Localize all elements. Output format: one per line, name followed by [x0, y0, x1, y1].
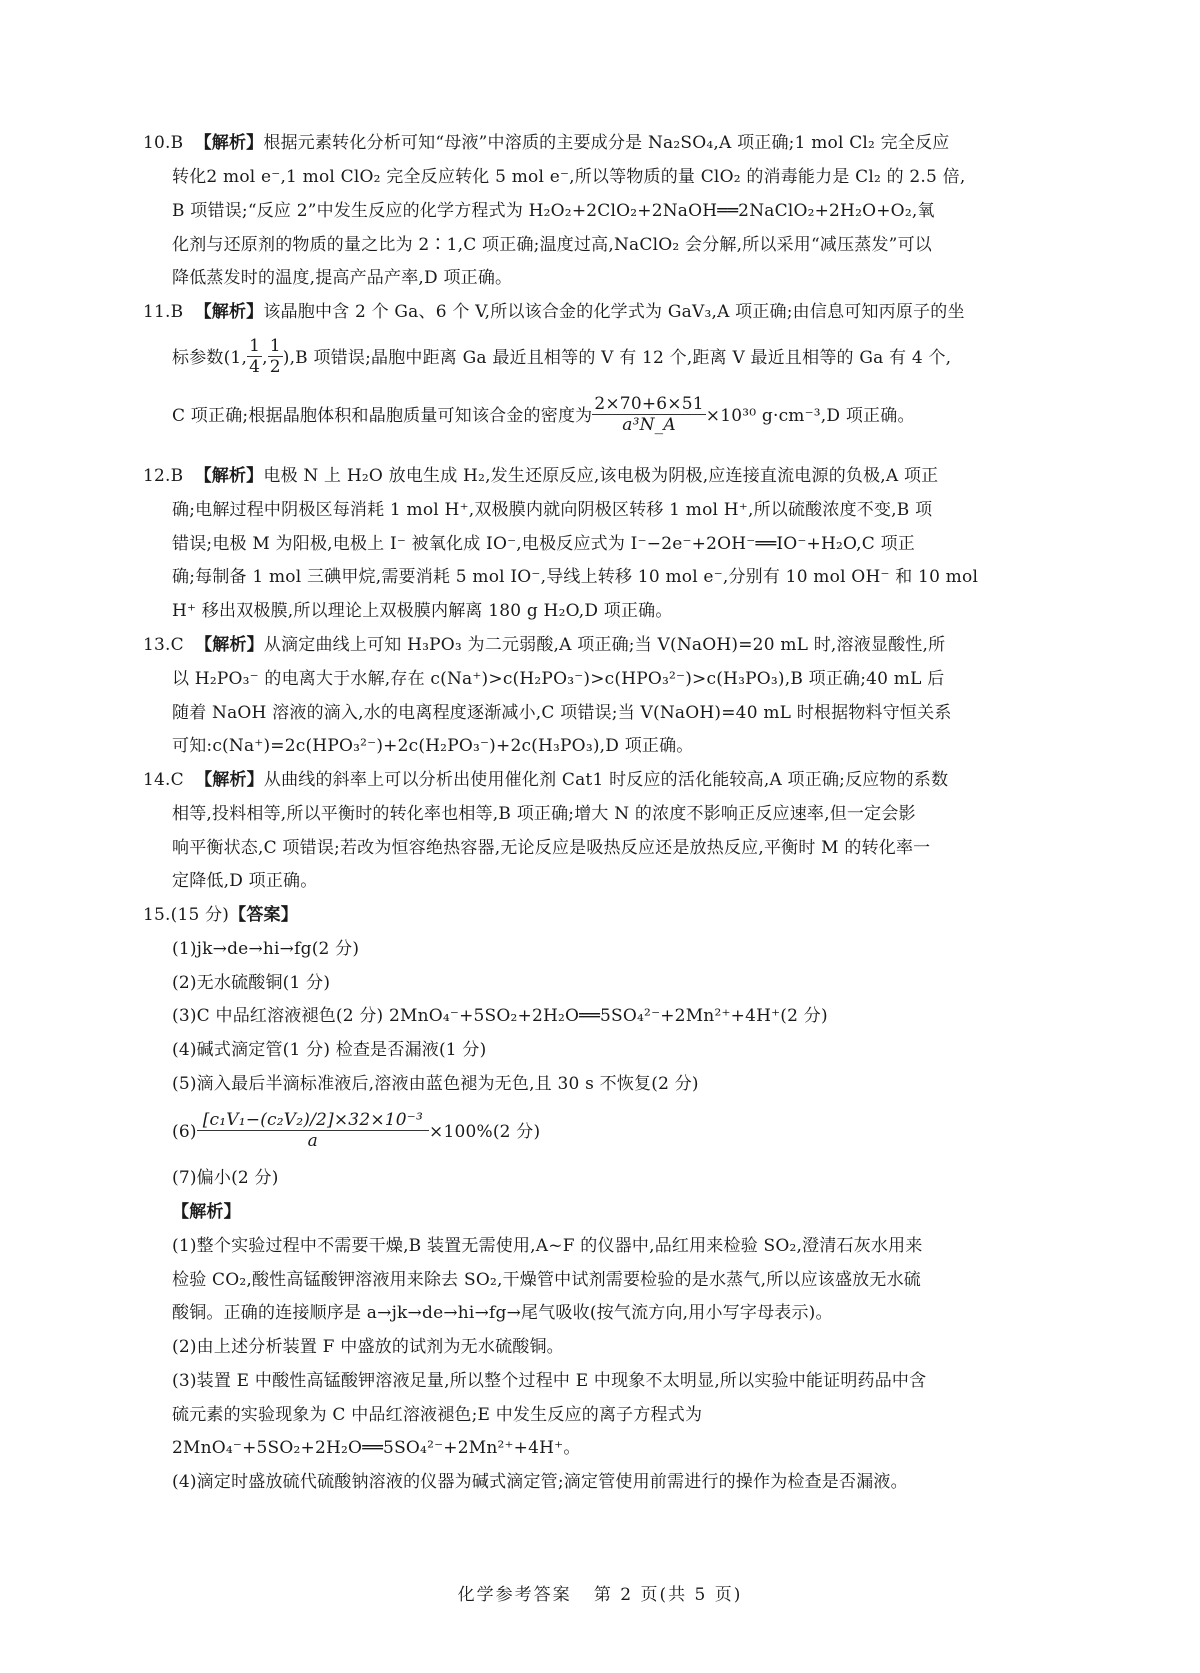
- q10-line-4: 化剂与还原剂的物质的量之比为 2∶1,C 项正确;温度过高,NaClO₂ 会分解…: [172, 233, 932, 257]
- q12-line-4: 确;每制备 1 mol 三碘甲烷,需要消耗 5 mol IO⁻,导线上转移 10…: [172, 565, 978, 589]
- q10-line-1: 10.B 【解析】根据元素转化分析可知“母液”中溶质的主要成分是 Na₂SO₄,…: [143, 131, 949, 155]
- q14-line-1: 14.C 【解析】从曲线的斜率上可以分析出使用催化剂 Cat1 时反应的活化能较…: [143, 768, 948, 792]
- q13-line-2: 以 H₂PO₃⁻ 的电离大于水解,存在 c(Na⁺)>c(H₂PO₃⁻)>c(H…: [172, 667, 944, 691]
- q15-answer-3: (3)C 中品红溶液褪色(2 分) 2MnO₄⁻+5SO₂+2H₂O══5SO₄…: [172, 1004, 828, 1028]
- q14-line-3: 响平衡状态,C 项错误;若改为恒容绝热容器,无论反应是吸热反应还是放热反应,平衡…: [172, 836, 930, 860]
- page-footer: 化学参考答案 第 2 页(共 5 页): [0, 1580, 1200, 1605]
- fraction-one-quarter: 14: [247, 336, 262, 377]
- q10-line-5: 降低蒸发时的温度,提高产品产率,D 项正确。: [172, 266, 512, 290]
- q15-analysis-8: (4)滴定时盛放硫代硫酸钠溶液的仪器为碱式滴定管;滴定管使用前需进行的操作为检查…: [172, 1470, 908, 1494]
- q12-tag: 【解析】: [195, 466, 264, 486]
- q13-line-4: 可知:c(Na⁺)=2c(HPO₃²⁻)+2c(H₂PO₃⁻)+2c(H₃PO₃…: [172, 734, 694, 758]
- fraction-one-half: 12: [268, 336, 283, 377]
- footer-subject: 化学参考答案: [458, 1585, 572, 1605]
- density-fraction: 2×70+6×51a³N_A: [592, 394, 705, 435]
- q15-analysis-1: (1)整个实验过程中不需要干燥,B 装置无需使用,A~F 的仪器中,品红用来检验…: [172, 1234, 923, 1258]
- q10-line-2: 转化2 mol e⁻,1 mol ClO₂ 完全反应转化 5 mol e⁻,所以…: [172, 165, 965, 189]
- q15-answer-7: (7)偏小(2 分): [172, 1166, 279, 1190]
- q15-number: 15.(15 分): [143, 905, 229, 925]
- q15-analysis-3: 酸铜。正确的连接顺序是 a→jk→de→hi→fg→尾气吸收(按气流方向,用小写…: [172, 1301, 833, 1325]
- q12-line-1: 12.B 【解析】电极 N 上 H₂O 放电生成 H₂,发生还原反应,该电极为阴…: [143, 464, 938, 488]
- q12-line-2: 确;电解过程中阴极区每消耗 1 mol H⁺,双极膜内就向阴极区转移 1 mol…: [172, 498, 932, 522]
- q15-analysis-tag: 【解析】: [172, 1200, 241, 1224]
- q15-answer-6: (6)[c₁V₁−(c₂V₂)/2]×32×10⁻³a×100%(2 分): [172, 1112, 540, 1153]
- q12-line-3: 错误;电极 M 为阳极,电极上 I⁻ 被氧化成 IO⁻,电极反应式为 I⁻−2e…: [172, 532, 915, 556]
- q10-line-3: B 项错误;“反应 2”中发生反应的化学方程式为 H₂O₂+2ClO₂+2NaO…: [172, 199, 935, 223]
- q15-header: 15.(15 分)【答案】: [143, 903, 298, 927]
- q15-analysis-5: (3)装置 E 中酸性高锰酸钾溶液足量,所以整个过程中 E 中现象不太明显,所以…: [172, 1369, 926, 1393]
- q15-analysis-2: 检验 CO₂,酸性高锰酸钾溶液用来除去 SO₂,干燥管中试剂需要检验的是水蒸气,…: [172, 1268, 921, 1292]
- q15-analysis-4: (2)由上述分析装置 F 中盛放的试剂为无水硫酸铜。: [172, 1335, 564, 1359]
- q12-line-5: H⁺ 移出双极膜,所以理论上双极膜内解离 180 g H₂O,D 项正确。: [172, 599, 673, 623]
- q11-line-2: 标参数(1,14,12),B 项错误;晶胞中距离 Ga 最近且相等的 V 有 1…: [172, 338, 951, 379]
- q11-number: 11.B: [143, 302, 183, 322]
- footer-page-number: 第 2 页(共 5 页): [594, 1585, 743, 1605]
- q13-number: 13.C: [143, 635, 184, 655]
- q13-line-3: 随着 NaOH 溶液的滴入,水的电离程度逐渐减小,C 项错误;当 V(NaOH)…: [172, 701, 952, 725]
- q15-answer-5: (5)滴入最后半滴标准液后,溶液由蓝色褪为无色,且 30 s 不恢复(2 分): [172, 1072, 699, 1096]
- q11-tag: 【解析】: [195, 302, 264, 322]
- q15-analysis-7: 2MnO₄⁻+5SO₂+2H₂O══5SO₄²⁻+2Mn²⁺+4H⁺。: [172, 1436, 581, 1460]
- q15-analysis-6: 硫元素的实验现象为 C 中品红溶液褪色;E 中发生反应的离子方程式为: [172, 1403, 702, 1427]
- q15-answer-2: (2)无水硫酸铜(1 分): [172, 971, 330, 995]
- q15-answer-4: (4)碱式滴定管(1 分) 检查是否漏液(1 分): [172, 1038, 486, 1062]
- q13-tag: 【解析】: [195, 635, 264, 655]
- q13-line-1: 13.C 【解析】从滴定曲线上可知 H₃PO₃ 为二元弱酸,A 项正确;当 V(…: [143, 633, 945, 657]
- q14-line-2: 相等,投料相等,所以平衡时的转化率也相等,B 项正确;增大 N 的浓度不影响正反…: [172, 802, 916, 826]
- q12-number: 12.B: [143, 466, 183, 486]
- q10-number: 10.B: [143, 133, 183, 153]
- q11-line-1: 11.B 【解析】该晶胞中含 2 个 Ga、6 个 V,所以该合金的化学式为 G…: [143, 300, 965, 324]
- q14-tag: 【解析】: [195, 770, 264, 790]
- q15-answer-1: (1)jk→de→hi→fg(2 分): [172, 937, 359, 961]
- q14-number: 14.C: [143, 770, 184, 790]
- q15-answer-tag: 【答案】: [229, 905, 298, 925]
- q14-line-4: 定降低,D 项正确。: [172, 869, 317, 893]
- q11-line-3: C 项正确;根据晶胞体积和晶胞质量可知该合金的密度为2×70+6×51a³N_A…: [172, 396, 915, 437]
- answer-page: 10.B 【解析】根据元素转化分析可知“母液”中溶质的主要成分是 Na₂SO₄,…: [0, 0, 1200, 1673]
- q10-tag: 【解析】: [195, 133, 264, 153]
- sulfur-content-fraction: [c₁V₁−(c₂V₂)/2]×32×10⁻³a: [197, 1110, 429, 1151]
